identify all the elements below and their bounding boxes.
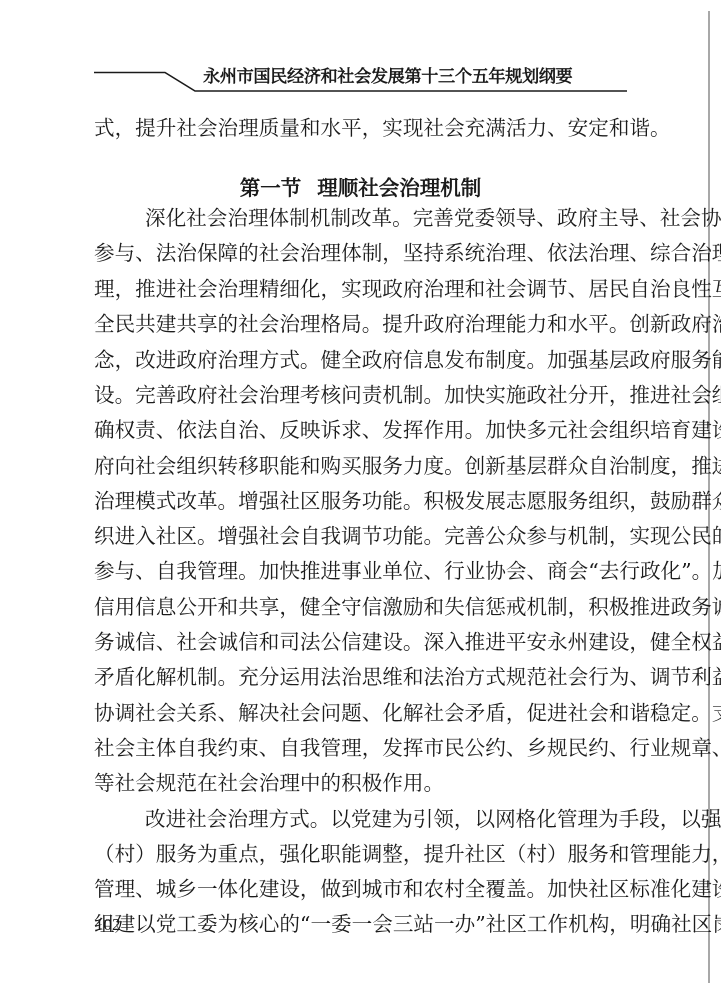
- body-text-line: 全民共建共享的社会治理格局。提升政府治理能力和水平。创新政府治理理: [94, 310, 627, 338]
- body-text-line: 参与、自我管理。加快推进事业单位、行业协会、商会“去行政化”。加快推进: [94, 557, 627, 585]
- running-header-title: 永州市国民经济和社会发展第十三个五年规划纲要: [203, 66, 627, 88]
- section-heading: 第一节理顺社会治理机制: [0, 174, 721, 202]
- page-number: 102: [95, 914, 121, 936]
- body-text-line: 府向社会组织转移职能和购买服务力度。创新基层群众自治制度，推进基层: [94, 452, 627, 480]
- body-text-line: 管理、城乡一体化建设，做到城市和农村全覆盖。加快社区标准化建设，全面: [94, 875, 627, 903]
- body-text-line: 念，改进政府治理方式。健全政府信息发布制度。加强基层政府服务能力建: [94, 346, 627, 374]
- body-text-line: 设。完善政府社会治理考核问责机制。加快实施政社分开，推进社会组织明: [94, 381, 627, 409]
- body-text-line: 理，推进社会治理精细化，实现政府治理和社会调节、居民自治良性互动，构建: [94, 275, 627, 303]
- section-title: 理顺社会治理机制: [317, 176, 481, 200]
- body-text-line: 参与、法治保障的社会治理体制，坚持系统治理、依法治理、综合治理、源头治: [94, 239, 627, 267]
- body-text-line: （村）服务为重点，强化职能调整，提升社区（村）服务和管理能力，实施无缝隙: [94, 840, 627, 868]
- body-text-line: 协调社会关系、解决社会问题、化解社会矛盾，促进社会和谐稳定。支持各类: [94, 699, 627, 727]
- body-text-line: 组建以党工委为核心的“一委一会三站一办”社区工作机构，明确社区岗位编: [94, 910, 627, 938]
- body-text-line: 深化社会治理体制机制改革。完善党委领导、政府主导、社会协同、公众: [145, 204, 627, 232]
- body-text-line: 织进入社区。增强社会自我调节功能。完善公众参与机制，实现公民的自主: [94, 522, 627, 550]
- body-text-line: 式，提升社会治理质量和水平，实现社会充满活力、安定和谐。: [94, 114, 627, 142]
- body-text-line: 矛盾化解机制。充分运用法治思维和法治方式规范社会行为、调节利益关系、: [94, 663, 627, 691]
- body-text-line: 改进社会治理方式。以党建为引领，以网格化管理为手段，以强化社区: [145, 805, 627, 833]
- body-text-line: 等社会规范在社会治理中的积极作用。: [94, 769, 627, 797]
- body-text-line: 务诚信、社会诚信和司法公信建设。深入推进平安永州建设，健全权益保障和: [94, 628, 627, 656]
- body-text-line: 信用信息公开和共享，健全守信激励和失信惩戒机制，积极推进政务诚信、商: [94, 593, 627, 621]
- body-text-line: 治理模式改革。增强社区服务功能。积极发展志愿服务组织，鼓励群众性组: [94, 487, 627, 515]
- body-text-line: 社会主体自我约束、自我管理，发挥市民公约、乡规民约、行业规章、团体章程: [94, 734, 627, 762]
- body-text-line: 确权责、依法自治、反映诉求、发挥作用。加快多元社会组织培育建设，加大政: [94, 416, 627, 444]
- section-number: 第一节: [240, 176, 302, 200]
